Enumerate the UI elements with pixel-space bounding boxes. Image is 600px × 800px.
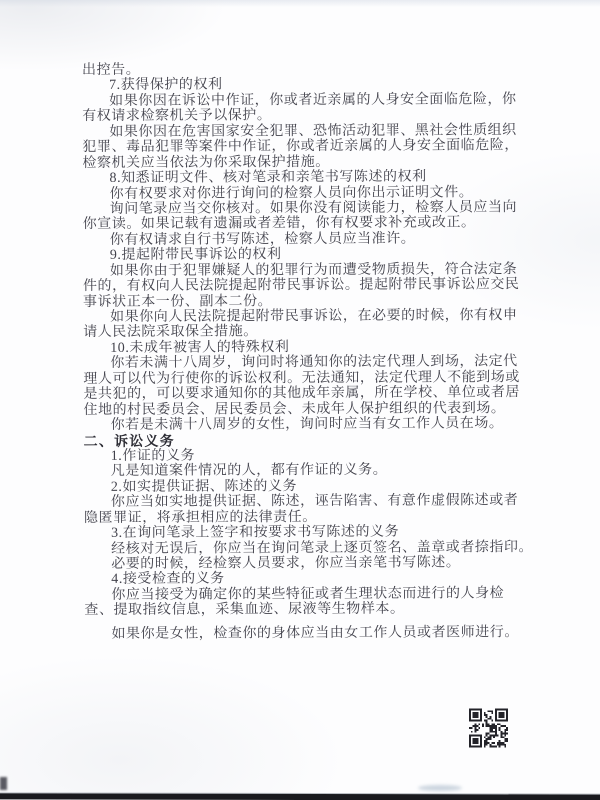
text-line: 你有权要求对你进行询问的检察人员向你出示证明文件。 [83, 185, 531, 202]
document-text: 出控告。7.获得保护的权利如果你因在诉讼中作证，你或者近亲属的人身安全面临危险，… [82, 61, 533, 642]
scanned-page: 出控告。7.获得保护的权利如果你因在诉讼中作证，你或者近亲属的人身安全面临危险，… [0, 0, 600, 800]
text-line: 是共犯的，可以要求通知你的其他成年亲属，所在学校、单位或者居 [83, 385, 531, 402]
text-line: 犯罪、毒品犯罪等案件中作证，你或者近亲属的人身安全面临危险， [82, 138, 530, 155]
text-line: 如果你向人民法院提起附带民事诉讼，在必要的时候，你有权申 [83, 308, 531, 325]
text-line: 你应当接受为确定你的某些特征或者生理状态而进行的人身检 [84, 586, 532, 603]
text-line: 查、提取指纹信息，采集血迹、尿液等生物样本。 [84, 601, 532, 618]
text-line: 你应当如实地提供证据、陈述，诬告陷害、有意作虚假陈述或者 [84, 493, 532, 510]
text-line: 你宣读。如果记载有遗漏或者差错，你有权要求补充或改正。 [83, 215, 531, 232]
qr-code [469, 708, 508, 748]
text-line: 如果你是女性，检查你的身体应当由女工作人员或者医师进行。 [84, 625, 532, 642]
text-line: 你若是未满十八周岁的女性，询问时应当有女工作人员在场。 [84, 416, 532, 433]
scan-smudge [418, 785, 462, 791]
text-line: 件的，有权向人民法院提起附带民事诉讼。提起附带民事诉讼应交民 [83, 277, 531, 294]
scan-edge-strip [0, 793, 600, 800]
text-line: 你若未满十八周岁，询问时将通知你的法定代理人到场，法定代 [83, 354, 531, 371]
scan-edge-mark [0, 777, 7, 790]
text-line: 经核对无误后，你应当在询问笔录上逐页签名、盖章或者捺指印。 [84, 540, 532, 557]
text-line: 如果你因在诉讼中作证，你或者近亲属的人身安全面临危险，你 [82, 92, 530, 109]
